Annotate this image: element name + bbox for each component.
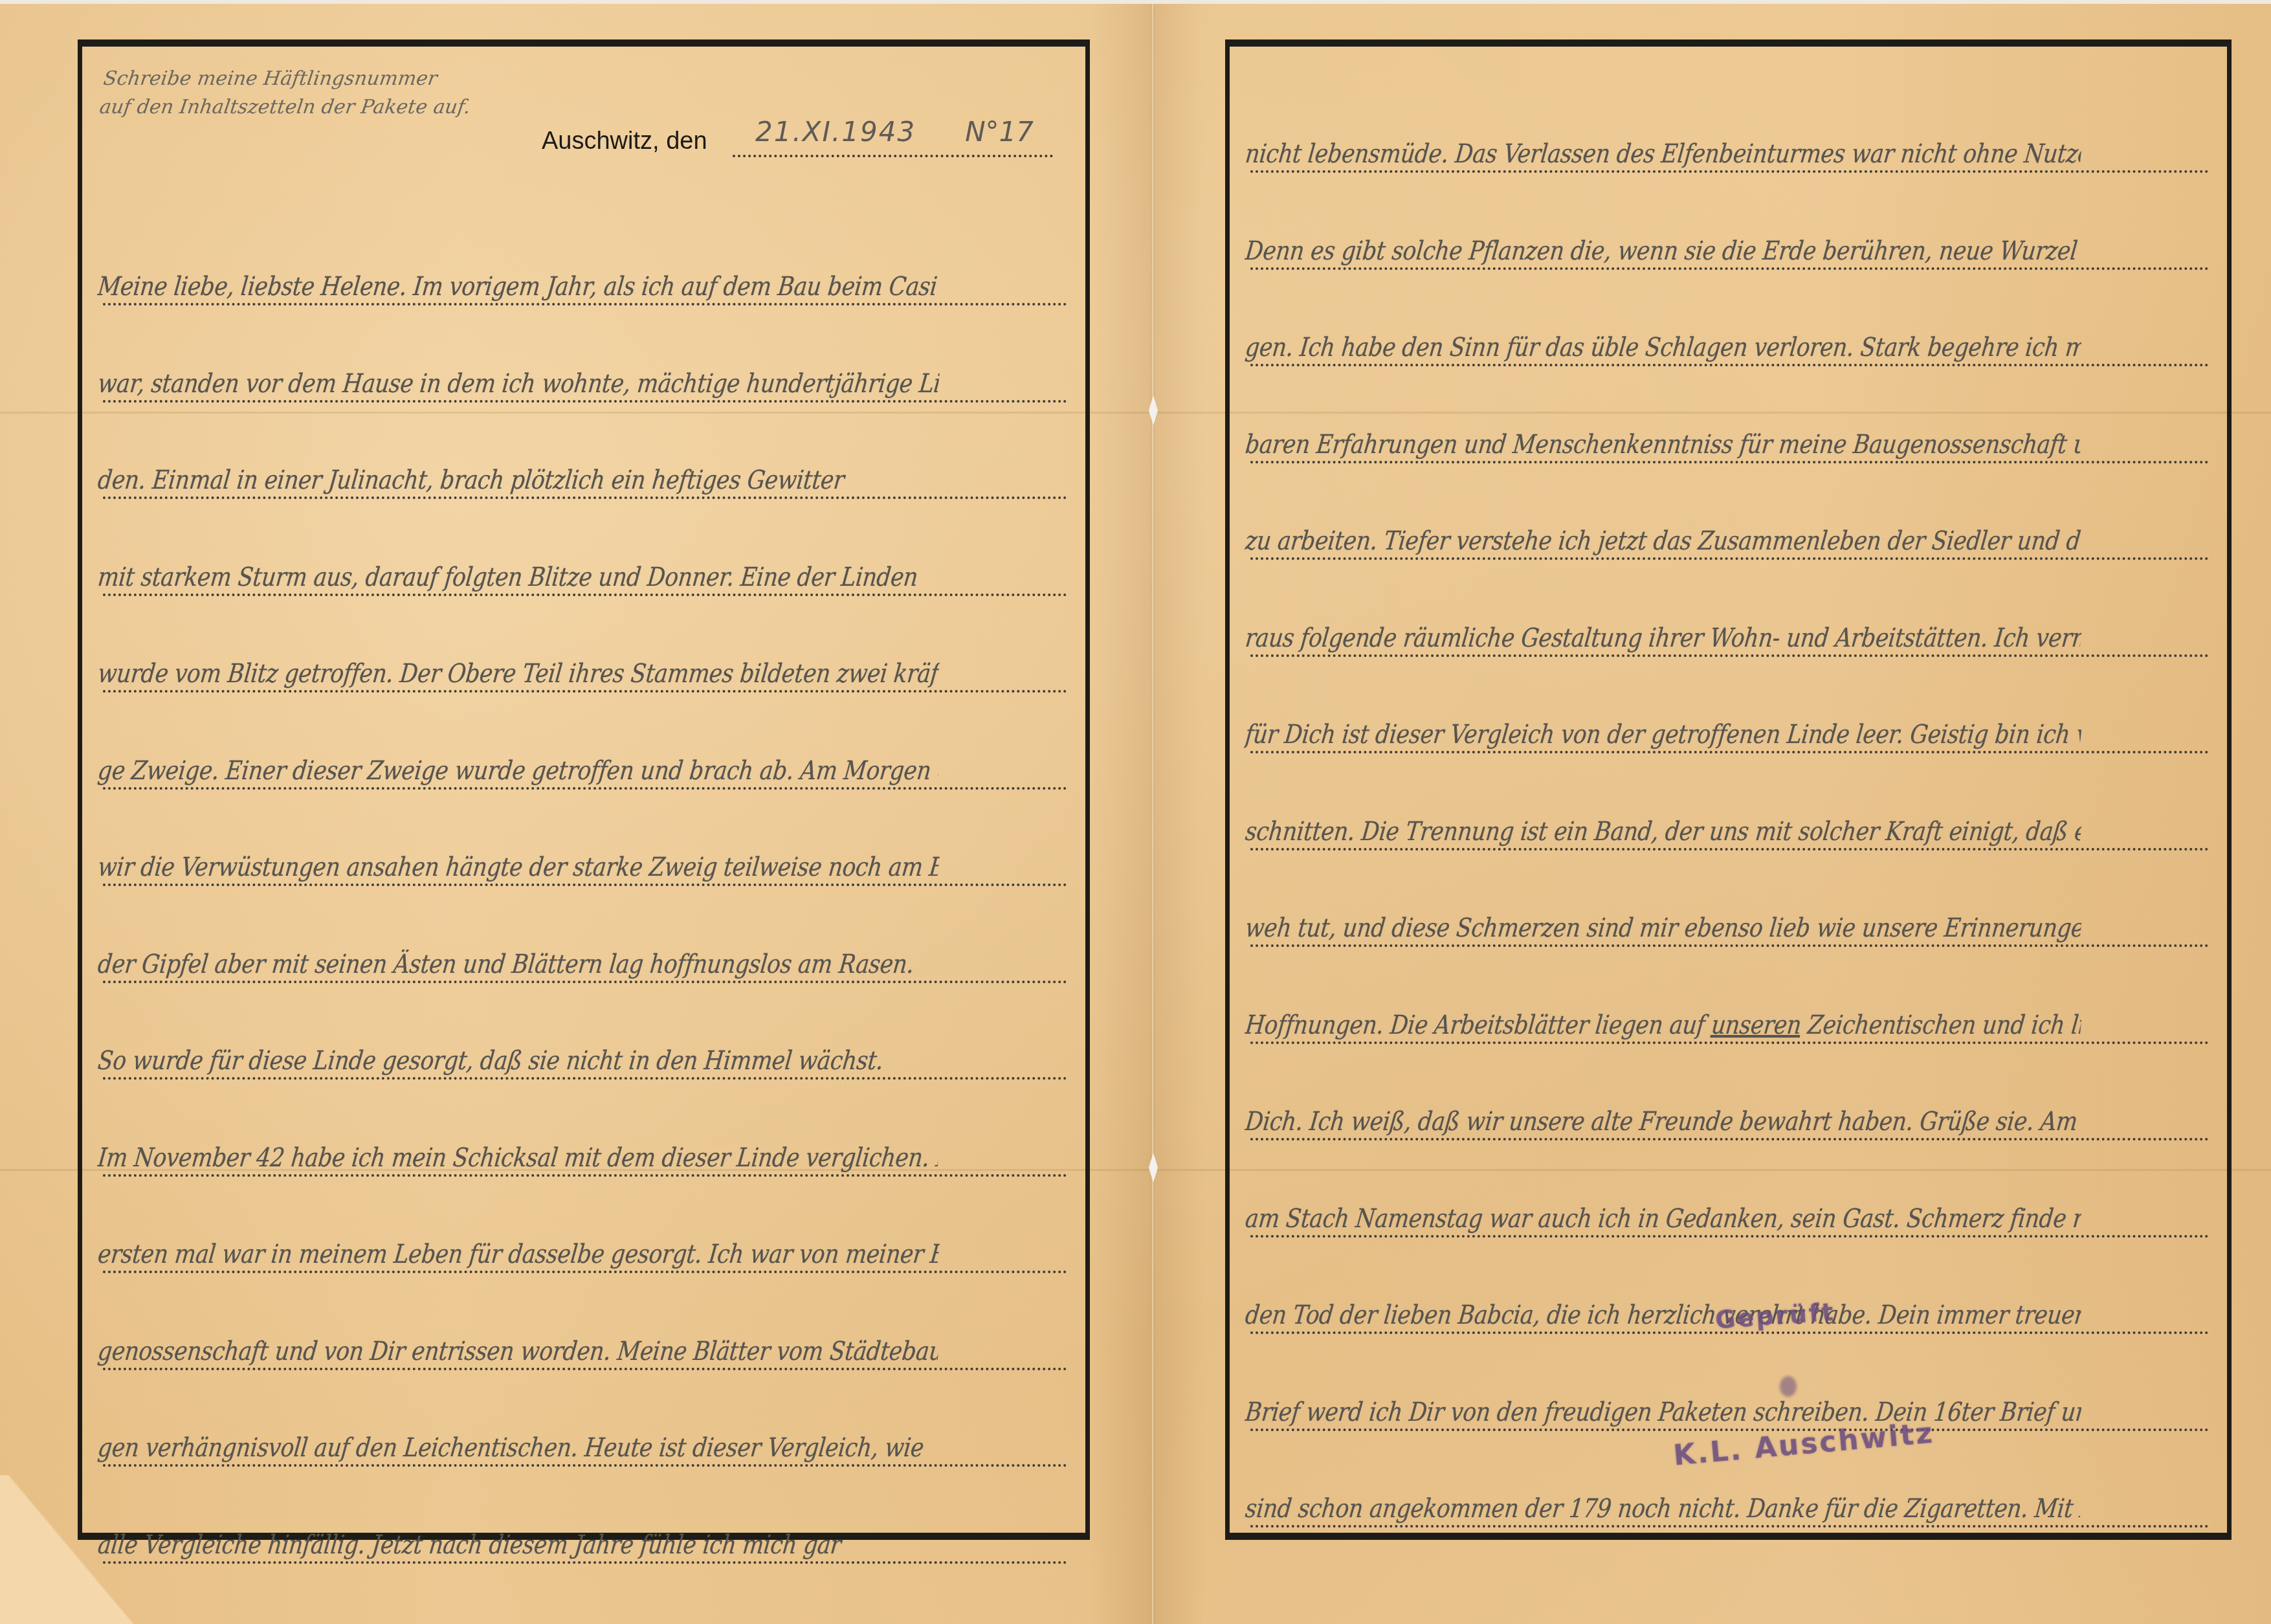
handwritten-text: zu arbeiten. Tiefer verstehe ich jetzt d… [1244,526,2083,556]
handwritten-text: für Dich ist dieser Vergleich von der ge… [1244,720,2083,750]
handwritten-text: ersten mal war in meinem Leben für dasse… [96,1240,940,1269]
letter-line: alle Vergleiche hinfällig. Jetzt nach di… [96,1512,1067,1564]
letter-line: sind schon angekommen der 179 noch nicht… [1244,1476,2209,1528]
prisoner-number-annotation: Schreibe meine Häftlingsnummer auf den I… [98,65,476,122]
dotted-rule [103,981,1067,983]
annotation-line: auf den Inhaltszetteln der Pakete auf. [98,93,472,122]
letter-line: gen. Ich habe den Sinn für das üble Schl… [1244,315,2209,366]
letter-line: ge Zweige. Einer dieser Zweige wurde get… [96,738,1067,790]
letter-line: Hoffnungen. Die Arbeitsblätter liegen au… [1244,992,2209,1044]
handwritten-text: alle Vergleiche hinfällig. Jetzt nach di… [96,1530,940,1560]
dotted-rule [103,787,1067,790]
letter-line: den. Einmal in einer Julinacht, brach pl… [96,447,1067,499]
letter-line: baren Erfahrungen und Menschenkenntniss … [1244,412,2209,463]
letter-line: Meine liebe, liebste Helene. Im vorigem … [96,254,1067,306]
dotted-rule [1250,1429,2209,1431]
handwritten-text: genossenschaft und von Dir entrissen wor… [96,1337,940,1366]
letter-number: N°17 [965,116,1034,148]
dotted-rule [1250,654,2209,657]
dotted-rule [103,690,1067,693]
dotted-rule [1250,1138,2209,1140]
letter-line: raus folgende räumliche Gestaltung ihrer… [1244,605,2209,657]
date-dotted-line [733,155,1053,157]
letter-date: 21.XI.1943 [755,116,916,148]
annotation-line: Schreibe meine Häftlingsnummer [102,65,476,93]
letter-line: wir die Verwüstungen ansahen hängte der … [96,834,1067,886]
dotted-rule [103,1077,1067,1080]
dotted-rule [1250,364,2209,366]
dotted-rule [1250,944,2209,947]
handwritten-text: den Tod der lieben Babcia, die ich herzl… [1244,1300,2083,1330]
dotted-rule [103,1368,1067,1370]
letter-line: gen verhängnisvoll auf den Leichentische… [96,1415,1067,1467]
handwritten-text: ge Zweige. Einer dieser Zweige wurde get… [96,756,940,786]
letter-line: ersten mal war in meinem Leben für dasse… [96,1221,1067,1273]
dotted-rule [103,1464,1067,1467]
handwritten-text: weh tut, und diese Schmerzen sind mir eb… [1244,913,2083,943]
letter-line: schnitten. Die Trennung ist ein Band, de… [1244,799,2209,851]
handwritten-text: gen. Ich habe den Sinn für das üble Schl… [1244,333,2083,362]
handwritten-text: Im November 42 habe ich mein Schicksal m… [96,1143,940,1173]
letter-line: Denn es gibt solche Pflanzen die, wenn s… [1244,218,2209,270]
letter-line: für Dich ist dieser Vergleich von der ge… [1244,702,2209,753]
letter-line: Im November 42 habe ich mein Schicksal m… [96,1125,1067,1177]
handwritten-text: Brief werd ich Dir von den freudigen Pak… [1244,1397,2083,1427]
ink-blot [1780,1376,1797,1397]
left-page-frame: Schreibe meine Häftlingsnummer auf den I… [78,39,1090,1540]
letter-line: mit starkem Sturm aus, darauf folgten Bl… [96,544,1067,596]
handwritten-text: gen verhängnisvoll auf den Leichentische… [96,1433,940,1463]
letter-line: weh tut, und diese Schmerzen sind mir eb… [1244,895,2209,947]
letter-line: zu arbeiten. Tiefer verstehe ich jetzt d… [1244,508,2209,560]
letter-line: am Stach Namenstag war auch ich in Gedan… [1244,1186,2209,1238]
dotted-rule [1250,1525,2209,1528]
letter-paper: Schreibe meine Häftlingsnummer auf den I… [0,4,2271,1624]
dotted-rule [103,400,1067,403]
handwritten-text: Hoffnungen. Die Arbeitsblätter liegen au… [1244,1010,2083,1040]
dotted-rule [1250,751,2209,753]
form-header: Auschwitz, den 21.XI.1943 N°17 [82,121,1085,166]
letter-line: Dich. Ich weiß, daß wir unsere alte Freu… [1244,1089,2209,1140]
handwritten-text: Denn es gibt solche Pflanzen die, wenn s… [1244,236,2083,266]
handwritten-text: den. Einmal in einer Julinacht, brach pl… [96,465,940,495]
dotted-rule [103,1561,1067,1564]
underlined-word: unseren [1710,1010,1802,1040]
handwritten-text: schnitten. Die Trennung ist ein Band, de… [1244,817,2083,847]
center-fold [1151,4,1155,1624]
dotted-rule [103,1174,1067,1177]
handwritten-text: Dich. Ich weiß, daß wir unsere alte Freu… [1244,1107,2083,1137]
dotted-rule [103,1271,1067,1273]
letter-line: der Gipfel aber mit seinen Ästen und Blä… [96,931,1067,983]
dotted-rule [103,496,1067,499]
handwritten-text: wurde vom Blitz getroffen. Der Obere Tei… [96,659,940,689]
dotted-rule [1250,267,2209,270]
dotted-rule [1250,848,2209,851]
letter-line: Brief werd ich Dir von den freudigen Pak… [1244,1379,2209,1431]
handwritten-text: der Gipfel aber mit seinen Ästen und Blä… [96,950,940,979]
letter-line: wurde vom Blitz getroffen. Der Obere Tei… [96,641,1067,693]
dotted-rule [103,594,1067,596]
letter-line: So wurde für diese Linde gesorgt, daß si… [96,1028,1067,1080]
handwritten-text: Meine liebe, liebste Helene. Im vorigem … [96,272,940,302]
dotted-rule [1250,557,2209,560]
place-label: Auschwitz, den [542,128,707,155]
dotted-rule [103,303,1067,306]
letter-line: war, standen vor dem Hause in dem ich wo… [96,351,1067,403]
dotted-rule [1250,170,2209,173]
handwritten-text: baren Erfahrungen und Menschenkenntniss … [1244,430,2083,460]
letter-line: nicht lebensmüde. Das Verlassen des Elfe… [1244,121,2209,173]
dotted-rule [1250,1041,2209,1044]
handwritten-text: war, standen vor dem Hause in dem ich wo… [96,369,940,399]
letter-line: genossenschaft und von Dir entrissen wor… [96,1318,1067,1370]
handwritten-text: raus folgende räumliche Gestaltung ihrer… [1244,623,2083,653]
handwritten-text: am Stach Namenstag war auch ich in Gedan… [1244,1204,2083,1234]
dotted-rule [1250,1235,2209,1238]
handwritten-text: So wurde für diese Linde gesorgt, daß si… [96,1046,940,1076]
handwritten-text: wir die Verwüstungen ansahen hängte der … [96,852,940,882]
handwritten-text: mit starkem Sturm aus, darauf folgten Bl… [96,562,940,592]
handwritten-text: nicht lebensmüde. Das Verlassen des Elfe… [1244,139,2083,169]
dotted-rule [1250,461,2209,463]
handwritten-text: sind schon angekommen der 179 noch nicht… [1244,1494,2083,1524]
dotted-rule [103,884,1067,886]
